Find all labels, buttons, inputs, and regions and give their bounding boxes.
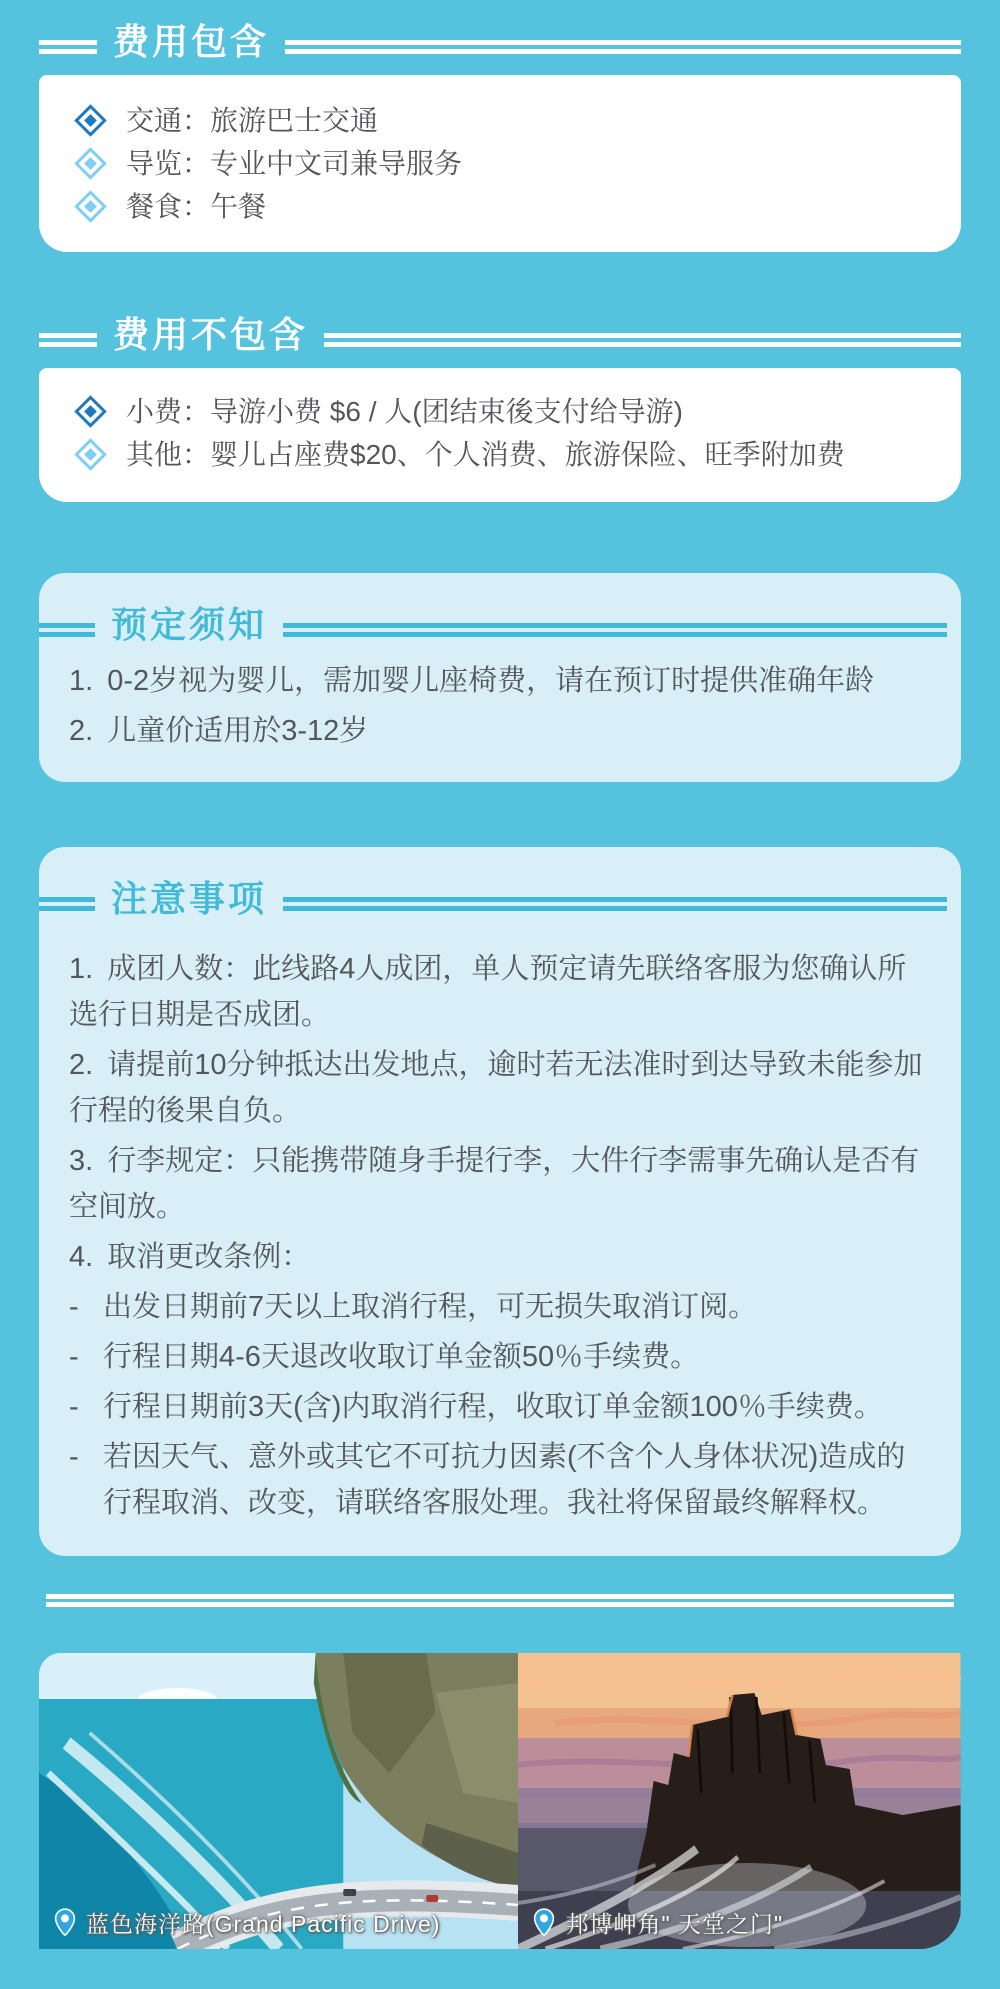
double-line-icon [283,623,947,637]
photo-caption-text: 蓝色海洋路(Grand Pacific Drive) [86,1906,440,1939]
double-line-divider [46,1594,954,1607]
section-title-booking-notice: 预定须知 [111,597,267,648]
double-line-icon [324,333,961,347]
diamond-bullet-icon [74,190,107,223]
list-item: -行程日期4-6天退改收取订单金额50％手续费。 [69,1334,931,1380]
booking-notice-panel: 预定须知 1.0-2岁视为婴儿，需加婴儿座椅费，请在预订时提供准确年龄 2.儿童… [39,573,961,782]
item-number: 3. [69,1145,93,1177]
section-title-notes: 注意事项 [111,871,267,922]
dash-bullet: - [69,1284,103,1330]
list-item: 4.取消更改条例： [69,1234,931,1280]
item-text: 成团人数：此线路4人成团，单人预定请先联络客服为您确认所选行日期是否成团。 [69,953,906,1031]
list-item: 餐食：午餐 [69,185,931,228]
diamond-bullet-icon [74,147,107,180]
sunset-headland-illustration [518,1653,961,1949]
photo-bombo-headland: 邦博岬角" 天堂之门" [518,1653,961,1949]
item-text: 0-2岁视为婴儿，需加婴儿座椅费，请在预订时提供准确年龄 [107,665,874,697]
item-text: 若因天气、意外或其它不可抗力因素(不含个人身体状况)造成的行程取消、改变，请联络… [103,1434,931,1526]
item-text: 出发日期前7天以上取消行程，可无损失取消订阅。 [103,1284,931,1330]
double-line-icon [39,623,95,637]
list-item: -行程日期前3天(含)内取消行程，收取订单金额100％手续费。 [69,1384,931,1430]
location-pin-icon [53,1908,77,1938]
dash-bullet: - [69,1334,103,1380]
diamond-bullet-icon [74,395,107,428]
fee-item-text: 交通：旅游巴士交通 [126,99,378,142]
notes-body: 1.成团人数：此线路4人成团，单人预定请先联络客服为您确认所选行日期是否成团。 … [69,946,931,1526]
list-item: 其他：婴儿占座费$20、个人消费、旅游保险、旺季附加费 [69,433,931,476]
double-line-icon [39,333,97,347]
double-line-icon [283,897,947,911]
item-number: 4. [69,1241,93,1273]
notes-panel: 注意事项 1.成团人数：此线路4人成团，单人预定请先联络客服为您确认所选行日期是… [39,847,961,1556]
diamond-bullet-icon [74,438,107,471]
page: 费用包含 交通：旅游巴士交通 导览：专业中文司兼导服务 餐食：午餐 费用不包含 … [0,0,1000,1989]
item-number: 2. [69,715,93,747]
section-title-fees-excluded: 费用不包含 [113,307,308,358]
fee-item-text: 小费：导游小费 $6 / 人(团结束後支付给导游) [126,390,683,433]
section-title-fees-included: 费用包含 [113,14,269,65]
double-line-icon [285,40,961,54]
item-text: 行程日期4-6天退改收取订单金额50％手续费。 [103,1334,931,1380]
fees-included-card: 交通：旅游巴士交通 导览：专业中文司兼导服务 餐食：午餐 [39,75,961,252]
photo-caption: 蓝色海洋路(Grand Pacific Drive) [53,1906,440,1939]
double-line-icon [39,40,97,54]
item-text: 行李规定：只能携带随身手提行李，大件行李需事先确认是否有空间放。 [69,1145,919,1223]
list-item: 1.成团人数：此线路4人成团，单人预定请先联络客服为您确认所选行日期是否成团。 [69,946,931,1038]
item-number: 2. [69,1049,93,1081]
photo-caption-text: 邦博岬角" 天堂之门" [565,1906,783,1939]
item-text: 取消更改条例： [107,1241,310,1273]
coastal-road-illustration [39,1653,518,1949]
diamond-bullet-icon [74,104,107,137]
list-item: 1.0-2岁视为婴儿，需加婴儿座椅费，请在预订时提供准确年龄 [69,658,931,704]
photo-caption: 邦博岬角" 天堂之门" [532,1906,783,1939]
dash-bullet: - [69,1384,103,1430]
fee-item-text: 餐食：午餐 [126,185,266,228]
list-item: 交通：旅游巴士交通 [69,99,931,142]
list-item: 2.请提前10分钟抵达出发地点，逾时若无法准时到达导致未能参加行程的後果自负。 [69,1042,931,1134]
section-header-booking-notice: 预定须知 [39,597,947,648]
item-text: 行程日期前3天(含)内取消行程，收取订单金额100％手续费。 [103,1384,931,1430]
list-item: -若因天气、意外或其它不可抗力因素(不含个人身体状况)造成的行程取消、改变，请联… [69,1434,931,1526]
section-header-fees-excluded: 费用不包含 [39,307,961,358]
item-number: 1. [69,665,93,697]
section-header-notes: 注意事项 [39,871,947,922]
item-text: 儿童价适用於3-12岁 [107,715,368,747]
dash-bullet: - [69,1434,103,1526]
list-item: 小费：导游小费 $6 / 人(团结束後支付给导游) [69,390,931,433]
section-header-fees-included: 费用包含 [39,14,961,65]
location-pin-icon [532,1908,556,1938]
photo-grand-pacific-drive: 蓝色海洋路(Grand Pacific Drive) [39,1653,518,1949]
list-item: 导览：专业中文司兼导服务 [69,142,931,185]
booking-notice-body: 1.0-2岁视为婴儿，需加婴儿座椅费，请在预订时提供准确年龄 2.儿童价适用於3… [69,658,931,754]
fee-item-text: 其他：婴儿占座费$20、个人消费、旅游保险、旺季附加费 [126,433,845,476]
list-item: 2.儿童价适用於3-12岁 [69,708,931,754]
fees-excluded-card: 小费：导游小费 $6 / 人(团结束後支付给导游) 其他：婴儿占座费$20、个人… [39,368,961,502]
double-line-icon [39,897,95,911]
list-item: -出发日期前7天以上取消行程，可无损失取消订阅。 [69,1284,931,1330]
photo-strip: 蓝色海洋路(Grand Pacific Drive) [39,1653,961,1949]
item-text: 请提前10分钟抵达出发地点，逾时若无法准时到达导致未能参加行程的後果自负。 [69,1049,922,1127]
fee-item-text: 导览：专业中文司兼导服务 [126,142,462,185]
item-number: 1. [69,953,93,985]
list-item: 3.行李规定：只能携带随身手提行李，大件行李需事先确认是否有空间放。 [69,1138,931,1230]
